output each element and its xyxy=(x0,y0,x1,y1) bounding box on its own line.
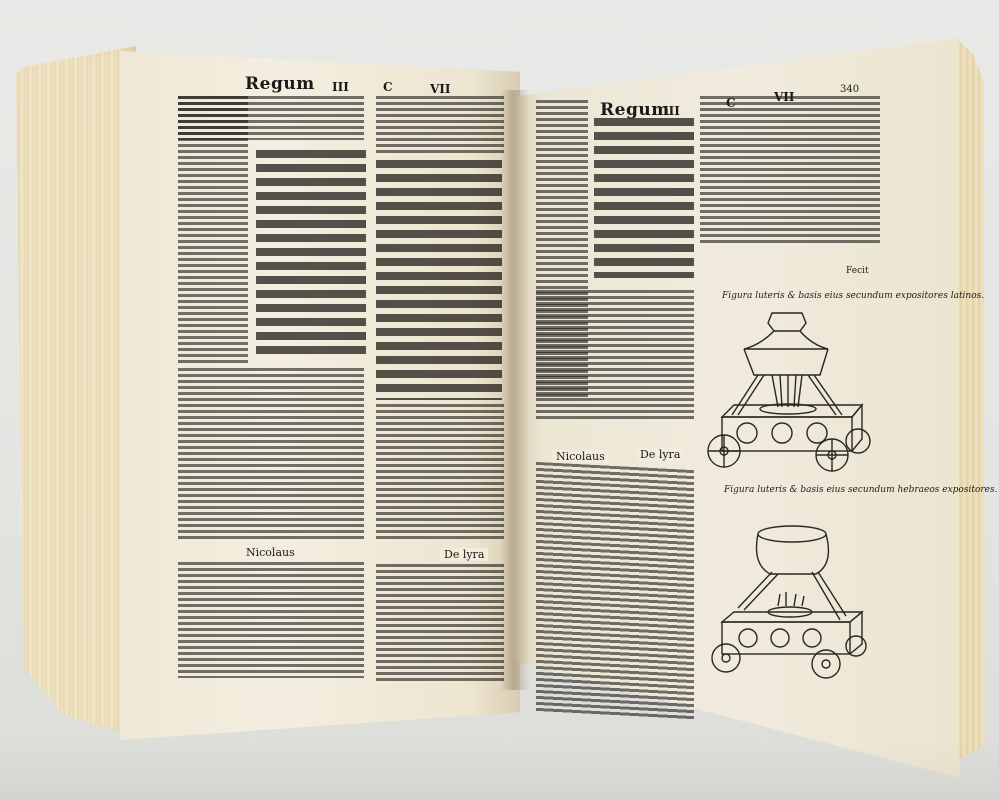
right-page-bible-text xyxy=(594,118,694,278)
folio-number: 340 xyxy=(840,84,859,95)
left-page-commentary-top xyxy=(178,96,364,140)
right-fore-edge xyxy=(958,40,984,760)
left-subheading-nicolaus: Nicolaus xyxy=(242,546,299,559)
left-running-head-letter: C xyxy=(383,80,393,94)
right-page-commentary-middle xyxy=(536,290,694,420)
left-page-right-commentary-middle xyxy=(376,404,504,540)
left-fore-edge xyxy=(16,46,136,736)
left-page-right-commentary-bottom xyxy=(376,564,504,684)
right-page-right-commentary xyxy=(700,96,880,246)
figure-2-caption: Figura luteris & basis eius secundum heb… xyxy=(724,485,997,495)
right-page-commentary-bottom xyxy=(536,462,694,720)
left-page-bible-text-b xyxy=(376,160,502,400)
table-shadow xyxy=(0,739,999,799)
left-page-right-commentary-top xyxy=(376,96,504,156)
right-subheading-de-lyra: De lyra xyxy=(636,448,684,461)
left-running-head-number: III xyxy=(332,80,349,94)
right-running-head-number: III xyxy=(663,104,680,118)
book-gutter xyxy=(500,90,530,690)
left-subheading-de-lyra: De lyra xyxy=(440,548,488,561)
left-page-commentary-bottom xyxy=(178,562,364,678)
left-running-head-chapter: VII xyxy=(430,82,451,96)
woodcut-figure-latin xyxy=(702,305,872,475)
right-subheading-nicolaus: Nicolaus xyxy=(552,450,609,463)
left-page-commentary-middle xyxy=(178,368,364,540)
woodcut-figure-hebrew xyxy=(700,520,870,685)
left-running-head-book: Regum xyxy=(245,74,315,94)
photo-scene: Regum III C VII Nicolaus De lyra Regum I… xyxy=(0,0,999,799)
left-page-bible-text-a xyxy=(256,150,366,356)
fecit-label: Fecit xyxy=(846,266,869,276)
figure-1-caption: Figura luteris & basis eius secundum exp… xyxy=(722,291,984,301)
right-running-head-book: Regum xyxy=(600,100,670,120)
